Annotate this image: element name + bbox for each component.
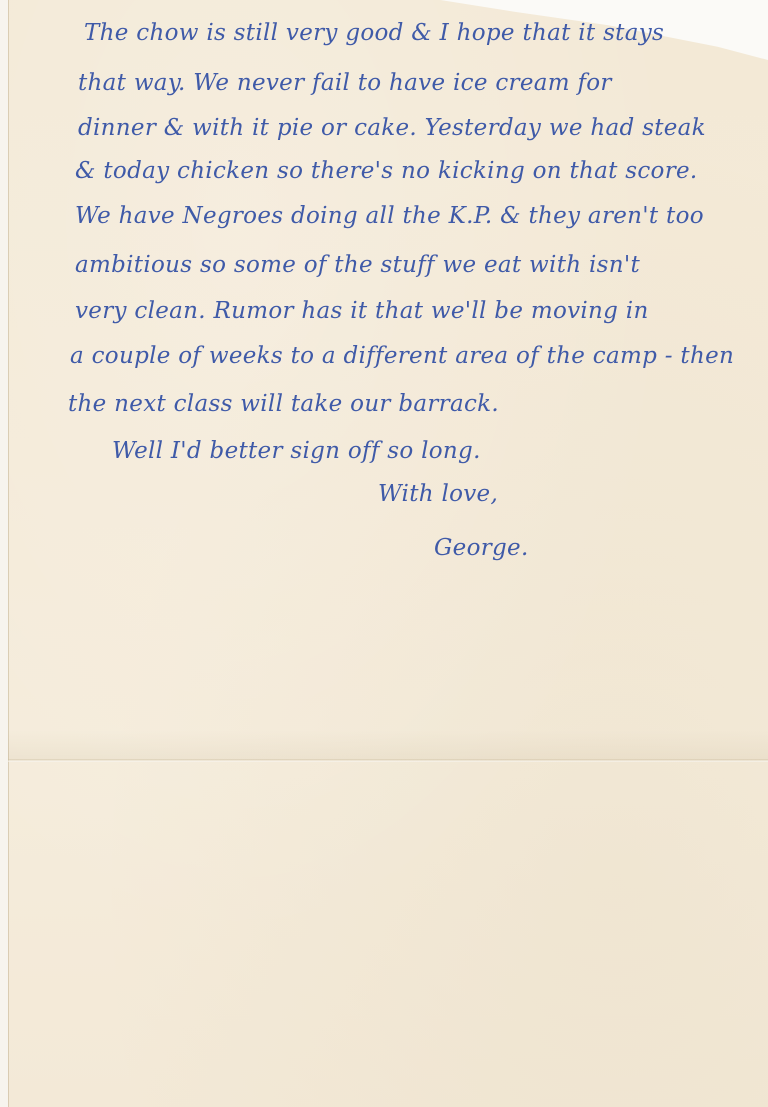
sign-off-line: Well I'd better sign off so long.	[112, 440, 481, 463]
letter-line-9: the next class will take our barrack.	[68, 393, 499, 416]
letter-line-5: We have Negroes doing all the K.P. & the…	[75, 205, 704, 228]
letter-line-4: & today chicken so there's no kicking on…	[75, 160, 698, 183]
letter-line-6: ambitious so some of the stuff we eat wi…	[75, 254, 640, 277]
letter-line-3: dinner & with it pie or cake. Yesterday …	[78, 117, 706, 140]
fold-shadow	[8, 730, 768, 760]
signature: George.	[434, 537, 529, 560]
horizontal-fold-crease	[8, 759, 768, 762]
letter-line-8: a couple of weeks to a different area of…	[70, 345, 734, 368]
scanned-letter-page: The chow is still very good & I hope tha…	[0, 0, 768, 1107]
valediction: With love,	[378, 483, 498, 506]
letter-line-7: very clean. Rumor has it that we'll be m…	[75, 300, 649, 323]
letter-line-2: that way. We never fail to have ice crea…	[78, 72, 612, 95]
letter-line-1: The chow is still very good & I hope tha…	[84, 22, 664, 45]
